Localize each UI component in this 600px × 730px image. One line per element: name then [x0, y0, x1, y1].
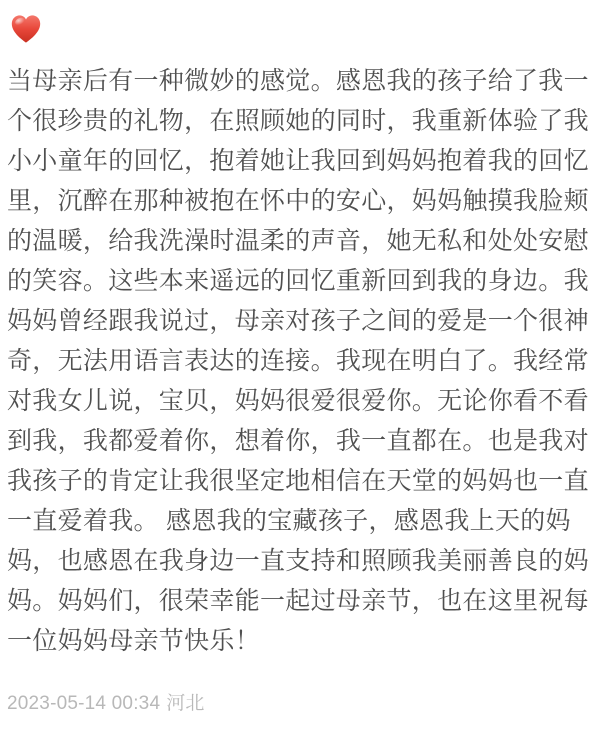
- red-heart-icon: [10, 14, 42, 44]
- post-timestamp: 2023-05-14 00:34: [7, 693, 160, 714]
- post-footer: 2023-05-14 00:34河北: [7, 691, 595, 717]
- post-body-text: 当母亲后有一种微妙的感觉。感恩我的孩子给了我一 个很珍贵的礼物，在照顾她的同时，…: [7, 61, 599, 661]
- post-location: 河北: [166, 693, 204, 714]
- red-heart-emoji: [10, 14, 42, 44]
- post: 当母亲后有一种微妙的感觉。感恩我的孩子给了我一 个很珍贵的礼物，在照顾她的同时，…: [0, 0, 600, 730]
